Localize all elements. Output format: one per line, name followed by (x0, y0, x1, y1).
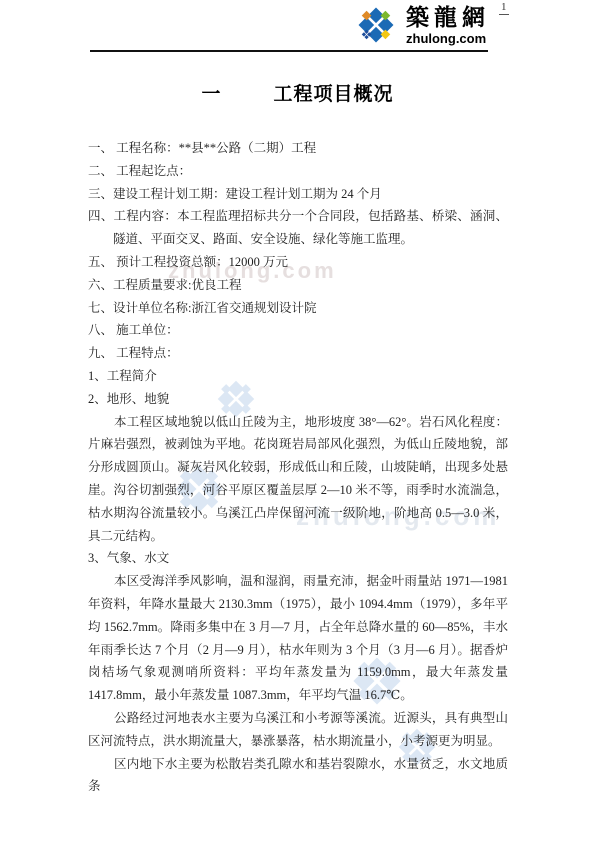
doc-line-item-8: 八、 施工单位： (88, 319, 508, 342)
zhulong-pinwheel-icon (353, 2, 399, 48)
doc-line-item-1: 一、 工程名称：**县**公路（二期）工程 (88, 137, 508, 160)
doc-paragraph-climate: 本区受海洋季风影响，温和湿润，雨量充沛，据金叶雨量站 1971—1981 年资料… (88, 570, 508, 707)
logo-domain: zhulong.com (406, 32, 486, 45)
doc-line-item-6: 六、工程质量要求:优良工程 (88, 274, 508, 297)
zhulong-logo: 築龍網 zhulong.com (353, 2, 490, 48)
doc-paragraph-terrain: 本工程区域地貌以低山丘陵为主，地形坡度 38°—62°。岩石风化程度：片麻岩强烈… (88, 411, 508, 548)
title-number: 一 (201, 84, 221, 105)
doc-paragraph-surface-water: 公路经过河地表水主要为乌溪江和小考源等溪流。近源头，具有典型山区河流特点，洪水期… (88, 707, 508, 753)
doc-line-item-9: 九、 工程特点： (88, 342, 508, 365)
document-page: zhulong.com zhulong.com (0, 0, 595, 842)
logo-text-block: 築龍網 zhulong.com (406, 5, 490, 44)
page-title: 一工程项目概况 (0, 79, 595, 106)
doc-subheading-1: 1、工程简介 (88, 365, 508, 388)
document-body: 一、 工程名称：**县**公路（二期）工程 二、 工程起讫点： 三、建设工程计划… (88, 137, 508, 798)
page-number: 1 (499, 1, 509, 15)
doc-line-item-7: 七、设计单位名称:浙江省交通规划设计院 (88, 297, 508, 320)
doc-subheading-3: 3、气象、水文 (88, 547, 508, 570)
header-divider (90, 50, 488, 52)
title-text: 工程项目概况 (274, 84, 394, 105)
doc-line-item-5: 五、 预计工程投资总额：12000 万元 (88, 251, 508, 274)
doc-line-item-2: 二、 工程起讫点： (88, 160, 508, 183)
doc-line-item-4: 四、工程内容：本工程监理招标共分一个合同段，包括路基、桥梁、涵洞、隧道、平面交叉… (88, 205, 508, 251)
doc-subheading-2: 2、地形、地貌 (88, 388, 508, 411)
logo-title: 築龍網 (406, 5, 490, 30)
doc-line-item-3: 三、建设工程计划工期：建设工程计划工期为 24 个月 (88, 183, 508, 206)
doc-paragraph-groundwater: 区内地下水主要为松散岩类孔隙水和基岩裂隙水，水量贫乏，水文地质条 (88, 753, 508, 799)
